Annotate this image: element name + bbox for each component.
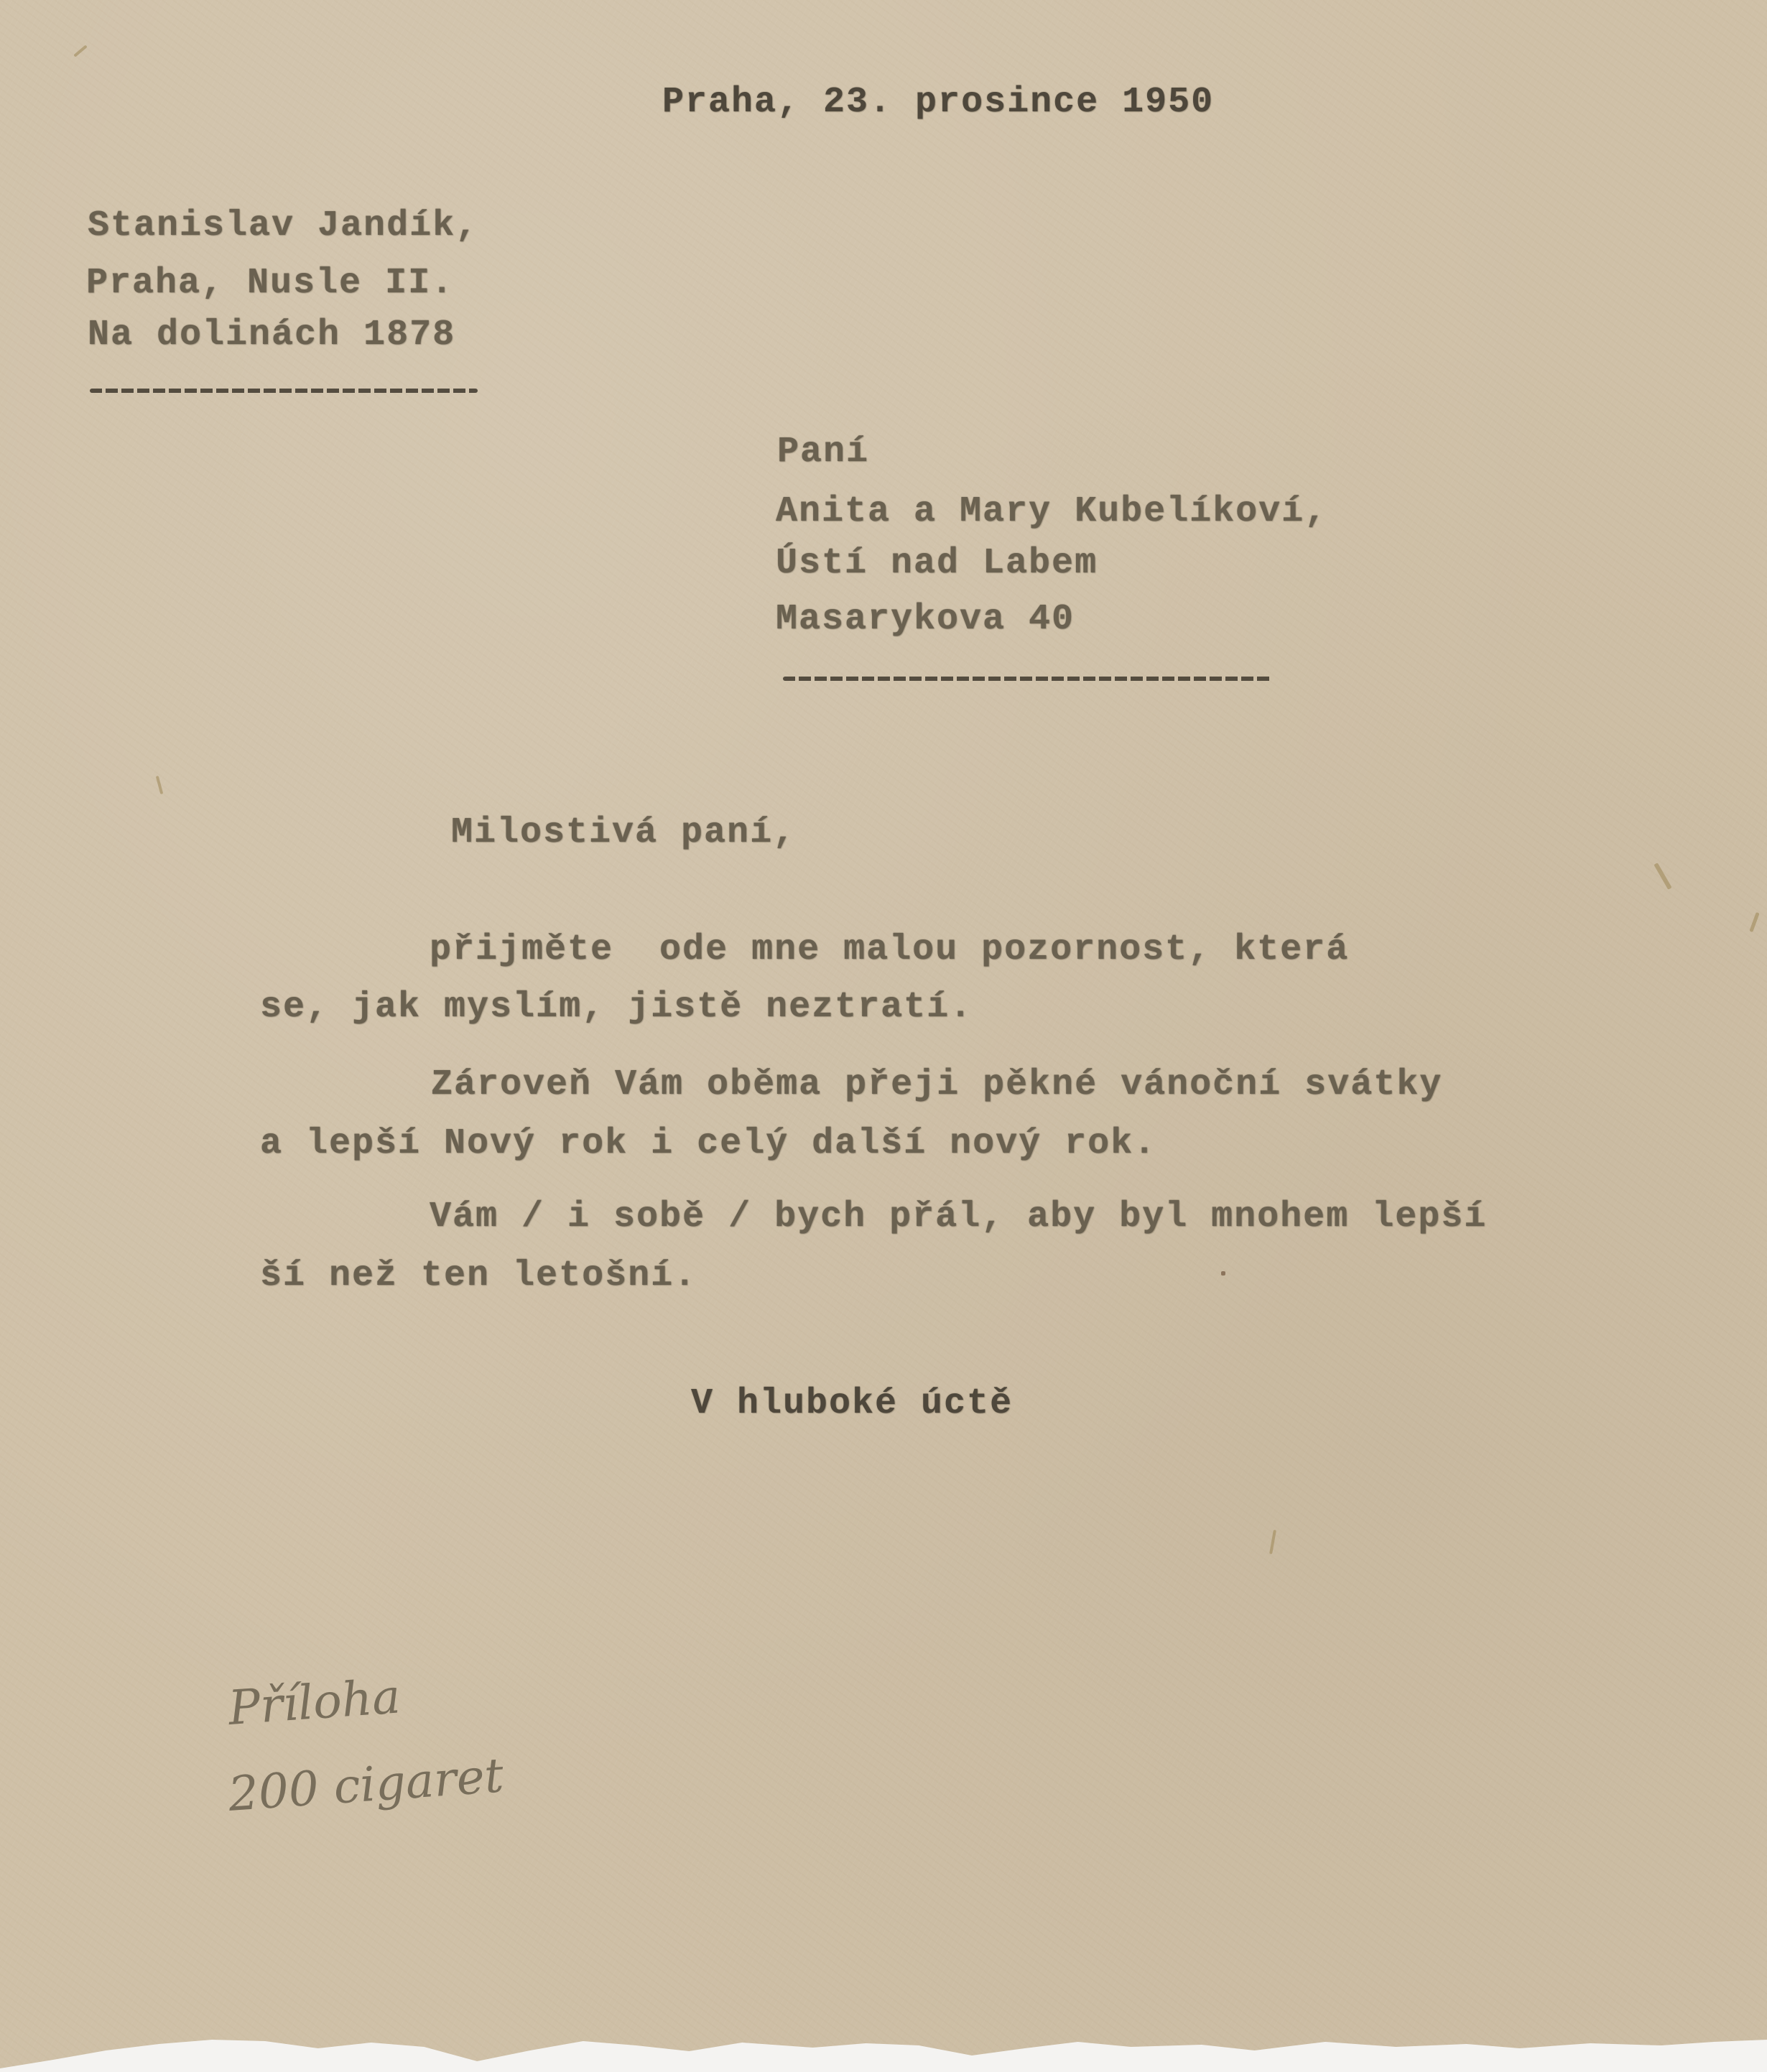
recipient-divider [783,677,1271,681]
sender-street: Na dolinách 1878 [88,317,455,353]
dateline: Praha, 23. prosince 1950 [662,85,1214,121]
sender-name: Stanislav Jandík, [88,208,478,244]
greeting: Milostivá paní, [451,815,796,851]
letter-paper [0,0,1767,2072]
body-paragraph-1-line-2: se, jak myslím, jistě neztratí. [260,990,973,1026]
paper-fiber [1221,1271,1225,1276]
body-paragraph-1-line-1: přijměte ode mne malou pozornost, která [430,932,1349,968]
body-paragraph-3-line-1: Vám / i sobě / bych přál, aby byl mnohem… [430,1199,1487,1235]
recipient-street: Masarykova 40 [776,602,1075,638]
recipient-salutation: Paní [777,435,869,470]
body-paragraph-3-line-2: ší než ten letošní. [260,1258,697,1294]
sender-divider [90,389,478,393]
recipient-city: Ústí nad Labem [776,546,1098,582]
closing: V hluboké úctě [691,1386,1013,1422]
recipient-names: Anita a Mary Kubelíkoví, [776,494,1327,530]
body-paragraph-2-line-1: Zároveň Vám oběma přeji pěkné vánoční sv… [431,1067,1442,1103]
body-paragraph-2-line-2: a lepší Nový rok i celý další nový rok. [260,1126,1156,1162]
sender-city-district: Praha, Nusle II. [86,266,454,302]
